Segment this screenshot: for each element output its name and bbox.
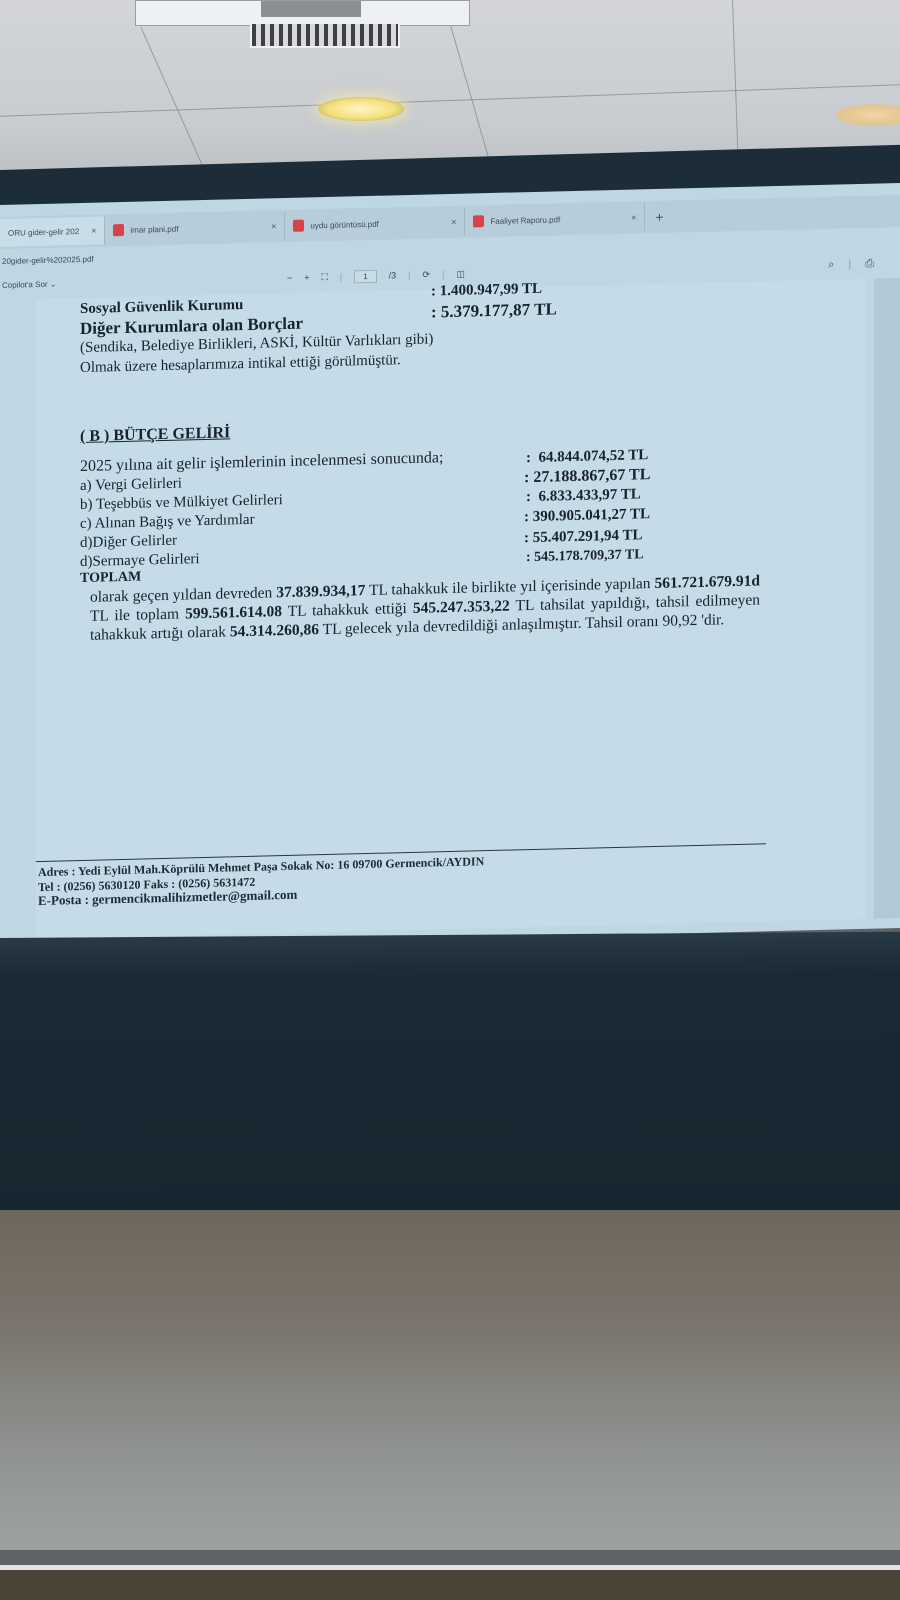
- total-label: TOPLAM: [80, 570, 141, 587]
- tab-imar-plani[interactable]: imar plani.pdf ×: [105, 212, 285, 244]
- income-amount: : 390.905.041,27 TL: [524, 506, 650, 526]
- colon: :: [524, 469, 529, 486]
- income-amount-value: 27.188.867,67 TL: [533, 466, 650, 486]
- debt-amount-other: : 5.379.177,87 TL: [431, 299, 557, 322]
- pdf-icon: [113, 224, 124, 236]
- save-icon[interactable]: ⎙: [865, 257, 874, 270]
- ceiling-tile-line: [140, 27, 210, 183]
- debts-conclusion: Olmak üzere hesaplarımıza intikal ettiği…: [80, 352, 401, 377]
- debt-amount-sgk: : 1.400.947,99 TL: [431, 281, 542, 301]
- accrued-year-amount: 561.721.679.91d: [654, 572, 760, 592]
- tab-label: Faaliyet Raporu.pdf: [490, 215, 560, 226]
- tab-label: imar plani.pdf: [130, 224, 178, 234]
- carried-next-amount: 54.314.260,86: [230, 621, 319, 640]
- income-label: c) Alınan Bağış ve Yardımlar: [80, 512, 255, 533]
- tab-faaliyet-raporu[interactable]: Faaliyet Raporu.pdf ×: [465, 203, 645, 235]
- income-amount: : 27.188.867,67 TL: [524, 466, 650, 487]
- ceiling-vent-grille: [250, 22, 400, 48]
- ceiling-light: [318, 97, 404, 121]
- search-icon[interactable]: ⌕: [828, 258, 834, 271]
- collected-amount: 545.247.353,22: [413, 598, 510, 617]
- ask-copilot-button[interactable]: Copilot'a Sor ⌄: [0, 279, 57, 289]
- divider: |: [340, 272, 342, 282]
- income-summary-paragraph: olarak geçen yıldan devreden 37.839.934,…: [90, 571, 760, 644]
- ceiling-tile-line: [732, 0, 739, 170]
- close-icon[interactable]: ×: [631, 212, 636, 222]
- tab-uydu-goruntusu[interactable]: uydu görüntüsü.pdf ×: [285, 208, 465, 240]
- income-amount-value: 6.833.433,97 TL: [539, 486, 641, 504]
- rotate-icon[interactable]: ⟳: [423, 269, 431, 280]
- address-text: 20gider-gelir%202025.pdf: [2, 255, 94, 266]
- close-icon[interactable]: ×: [451, 217, 456, 227]
- section-title: ( B ) BÜTÇE GELİRİ: [80, 424, 230, 446]
- income-amount-value: 390.905.041,27 TL: [533, 506, 650, 525]
- divider: |: [408, 270, 410, 280]
- display-bezel-bottom: [0, 932, 900, 1218]
- colon: :: [524, 509, 529, 525]
- income-label: b) Teşebbüs ve Mülkiyet Gelirleri: [80, 492, 283, 514]
- pdf-icon: [293, 220, 304, 232]
- zoom-out-button[interactable]: −: [287, 273, 292, 283]
- summary-text: TL ile toplam: [90, 605, 185, 624]
- ask-copilot-label: Copilot'a Sor: [2, 279, 48, 289]
- summary-text: olarak geçen yıldan devreden: [90, 584, 276, 606]
- page-view-icon[interactable]: ◫: [456, 268, 465, 279]
- page-total: /3: [389, 270, 397, 280]
- document-footer: Adres : Yedi Eylül Mah.Köprülü Mehmet Pa…: [38, 854, 484, 908]
- total-accrued-amount: 599.561.614.08: [185, 603, 282, 622]
- divider: |: [848, 258, 851, 271]
- scrollbar-track[interactable]: [874, 278, 900, 919]
- income-label: d)Diğer Gelirler: [80, 533, 177, 552]
- ceiling-tile-line: [0, 84, 899, 116]
- pdf-page: Sosyal Güvenlik Kurumu : 1.400.947,99 TL…: [36, 279, 866, 939]
- income-amount: : 55.407.291,94 TL: [524, 527, 643, 547]
- projected-screen: ORU gider-gelir 202 × imar plani.pdf × u…: [0, 183, 900, 950]
- chevron-down-icon: ⌄: [50, 279, 57, 288]
- wall-background: [0, 1210, 900, 1550]
- new-tab-button[interactable]: +: [645, 209, 673, 226]
- ceiling-tile-line: [447, 13, 495, 177]
- income-amount: : 6.833.433,97 TL: [526, 486, 641, 506]
- income-amount-value: 64.844.074,52 TL: [539, 447, 649, 466]
- income-intro: 2025 yılına ait gelir işlemlerinin incel…: [80, 449, 443, 476]
- tab-label: uydu görüntüsü.pdf: [310, 219, 379, 230]
- colon: :: [526, 450, 531, 466]
- colon: :: [526, 489, 531, 505]
- income-label: d)Sermaye Gelirleri: [80, 551, 200, 571]
- page-number-input[interactable]: 1: [354, 269, 376, 283]
- income-label: a) Vergi Gelirleri: [80, 476, 182, 495]
- close-icon[interactable]: ×: [271, 221, 276, 231]
- ceiling-light: [835, 104, 900, 126]
- colon: :: [524, 530, 529, 546]
- fit-page-icon[interactable]: ⛶: [322, 271, 328, 282]
- income-amount-value: 55.407.291,94 TL: [533, 527, 643, 546]
- zoom-in-button[interactable]: +: [304, 272, 309, 282]
- divider: |: [442, 269, 444, 279]
- floor-background: [0, 1570, 900, 1600]
- tab-gider-gelir[interactable]: ORU gider-gelir 202 ×: [0, 216, 105, 247]
- summary-text: TL tahakkuk ettiği: [282, 600, 413, 620]
- close-icon[interactable]: ×: [91, 226, 96, 236]
- total-amount: : 545.178.709,37 TL: [526, 547, 644, 566]
- pdf-icon: [473, 215, 484, 227]
- carry-over-amount: 37.839.934,17: [276, 582, 365, 601]
- tab-label: ORU gider-gelir 202: [8, 227, 79, 238]
- income-amount: : 64.844.074,52 TL: [526, 447, 648, 467]
